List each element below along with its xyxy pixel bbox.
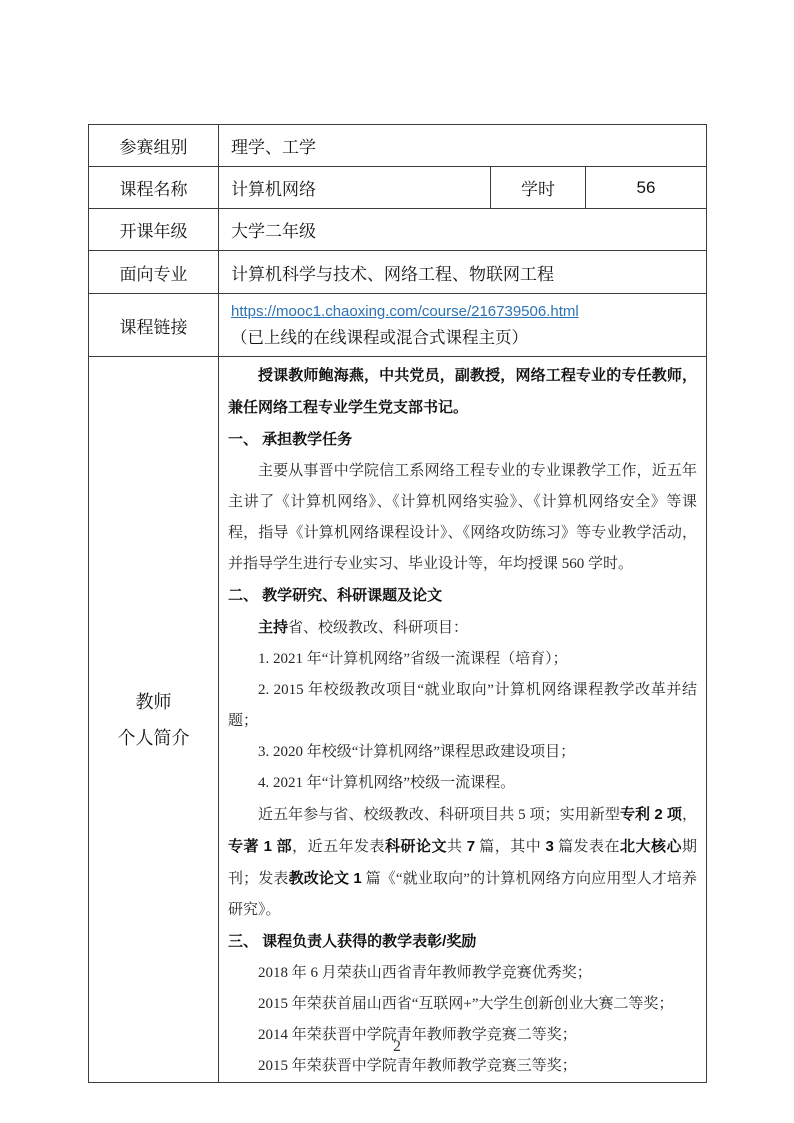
- bio-text-segment: 4. 2021 年“计算机网络”校级一流课程。: [258, 775, 515, 791]
- bio-text-segment: 2015 年荣获晋中学院青年教师教学竞赛三等奖；: [258, 1058, 577, 1074]
- bio-text-segment: 近五年参与省、校级教改、科研项目共 5 项；实用新型: [258, 807, 620, 823]
- bio-text-segment: 北大核心: [620, 838, 682, 855]
- document-page: { "page": { "number": "2" }, "colors": {…: [0, 0, 794, 1123]
- bio-text-segment: 2018 年 6 月荣获山西省青年教师教学竞赛优秀奖；: [258, 965, 592, 981]
- bio-text-segment: 专利 2 项: [620, 806, 682, 823]
- course-info-table: 参赛组别 理学、工学 课程名称 计算机网络 学时 56 开课年级 大学二年级 面…: [88, 124, 707, 1083]
- row-label-teacher-bio: 教师 个人简介: [89, 357, 219, 1083]
- row-value-course-name: 计算机网络: [219, 167, 491, 209]
- course-link-note: （已上线的在线课程或混合式课程主页）: [231, 325, 694, 352]
- bio-paragraph: 主持省、校级教改、科研项目：: [228, 612, 697, 644]
- bio-text-segment: 3: [545, 838, 553, 855]
- bio-text-segment: 一、 承担教学任务: [228, 431, 352, 448]
- table-row: 开课年级 大学二年级: [89, 209, 707, 251]
- bio-paragraph: 4. 2021 年“计算机网络”校级一流课程。: [228, 768, 697, 799]
- page-number: 2: [0, 1038, 794, 1056]
- row-label-grade: 开课年级: [89, 209, 219, 251]
- bio-text-segment: 共: [447, 839, 467, 855]
- bio-text-segment: 7: [467, 838, 475, 855]
- row-value-course-link: https://mooc1.chaoxing.com/course/216739…: [219, 294, 707, 357]
- bio-content: 授课教师鲍海燕，中共党员，副教授，网络工程专业的专任教师，兼任网络工程专业学生党…: [219, 357, 707, 1083]
- bio-paragraph: 授课教师鲍海燕，中共党员，副教授，网络工程专业的专任教师，兼任网络工程专业学生党…: [228, 360, 697, 424]
- row-label-competition-group: 参赛组别: [89, 125, 219, 167]
- bio-paragraph: 三、 课程负责人获得的教学表彰/奖励: [228, 926, 697, 958]
- bio-paragraph: 主要从事晋中学院信工系网络工程专业的专业课教学工作，近五年主讲了《计算机网络》、…: [228, 456, 697, 580]
- bio-text-segment: 主要从事晋中学院信工系网络工程专业的专业课教学工作，近五年主讲了《计算机网络》、…: [228, 463, 697, 572]
- bio-paragraph: 近五年参与省、校级教改、科研项目共 5 项；实用新型专利 2 项，专著 1 部，…: [228, 799, 697, 926]
- bio-text-segment: ，近五年发表: [292, 839, 385, 855]
- bio-text-segment: 1. 2021 年“计算机网络”省级一流课程（培育）；: [258, 651, 568, 667]
- bio-text-segment: 二、 教学研究、科研课题及论文: [228, 587, 442, 604]
- bio-paragraph: 2018 年 6 月荣获山西省青年教师教学竞赛优秀奖；: [228, 958, 697, 989]
- bio-text-segment: 教改论文 1: [289, 870, 362, 887]
- course-link-url[interactable]: https://mooc1.chaoxing.com/course/216739…: [231, 303, 579, 320]
- bio-paragraph: 二、 教学研究、科研课题及论文: [228, 580, 697, 612]
- bio-text-segment: 主持: [258, 619, 288, 636]
- bio-paragraph: 2. 2015 年校级教改项目“就业取向”计算机网络课程教学改革并结题；: [228, 675, 697, 737]
- bio-text-segment: 科研论文: [385, 838, 447, 855]
- table-row: 教师 个人简介 授课教师鲍海燕，中共党员，副教授，网络工程专业的专任教师，兼任网…: [89, 357, 707, 1083]
- row-label-course-name: 课程名称: [89, 167, 219, 209]
- bio-text-segment: 2. 2015 年校级教改项目“就业取向”计算机网络课程教学改革并结题；: [228, 682, 697, 729]
- bio-paragraph: 一、 承担教学任务: [228, 424, 697, 456]
- row-value-class-hours: 56: [586, 167, 707, 209]
- bio-text-segment: 授课教师鲍海燕，中共党员，副教授，网络工程专业的专任教师，兼任网络工程专业学生党…: [228, 367, 697, 416]
- table-row: 面向专业 计算机科学与技术、网络工程、物联网工程: [89, 251, 707, 294]
- teacher-bio-label-line1: 教师: [136, 692, 172, 712]
- bio-text-segment: 2015 年荣获首届山西省“互联网+”大学生创新创业大赛二等奖；: [258, 996, 674, 1012]
- table-row: 课程链接 https://mooc1.chaoxing.com/course/2…: [89, 294, 707, 357]
- row-value-target-majors: 计算机科学与技术、网络工程、物联网工程: [219, 251, 707, 294]
- row-label-course-link: 课程链接: [89, 294, 219, 357]
- bio-text-segment: 三、 课程负责人获得的教学表彰/奖励: [228, 933, 476, 950]
- table-row: 参赛组别 理学、工学: [89, 125, 707, 167]
- bio-text-segment: 篇发表在: [554, 839, 620, 855]
- bio-paragraph: 2015 年荣获首届山西省“互联网+”大学生创新创业大赛二等奖；: [228, 989, 697, 1020]
- bio-text-segment: 篇，其中: [475, 839, 545, 855]
- row-label-target-majors: 面向专业: [89, 251, 219, 294]
- row-value-grade: 大学二年级: [219, 209, 707, 251]
- bio-text-segment: 3. 2020 年校级“计算机网络”课程思政建设项目；: [258, 744, 575, 760]
- teacher-bio-label-line2: 个人简介: [118, 728, 190, 748]
- row-label-class-hours: 学时: [491, 167, 586, 209]
- bio-text-segment: 省、校级教改、科研项目：: [288, 620, 468, 636]
- row-value-competition-group: 理学、工学: [219, 125, 707, 167]
- bio-text-segment: 专著 1 部: [228, 838, 292, 855]
- table-row: 课程名称 计算机网络 学时 56: [89, 167, 707, 209]
- bio-paragraph: 1. 2021 年“计算机网络”省级一流课程（培育）；: [228, 644, 697, 675]
- bio-paragraph: 3. 2020 年校级“计算机网络”课程思政建设项目；: [228, 737, 697, 768]
- bio-text-segment: ，: [682, 807, 697, 823]
